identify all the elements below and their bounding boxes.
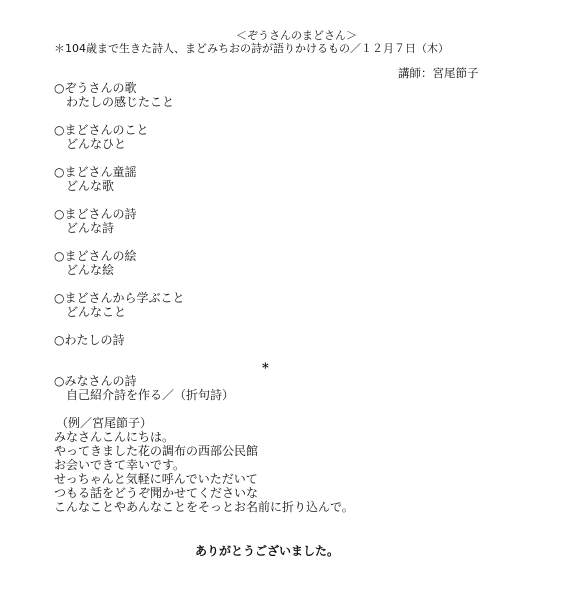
section-heading: ○まどさんの絵 (54, 249, 136, 264)
example-line: つもる話をどうぞ聞かせてくださいな (54, 486, 258, 501)
section-subitem: 自己紹介詩を作る／（折句詩） (66, 388, 234, 403)
section-subitem: どんな詩 (66, 221, 114, 236)
separator-asterisk: * (262, 361, 269, 376)
section-heading: ○まどさんのこと (54, 123, 148, 138)
lecturer-name: 講師：宮尾節子 (398, 65, 479, 81)
section-heading: ○まどさん童謡 (54, 165, 136, 180)
example-line: お会いできて幸いです。 (54, 458, 185, 473)
example-label: （例／宮尾節子） (56, 416, 152, 431)
section-subitem: どんなこと (66, 305, 126, 320)
section-heading: ○まどさんから学ぶこと (54, 291, 184, 306)
section-subitem: どんな歌 (66, 179, 114, 194)
example-line: こんなことやあんなことをそっとお名前に折り込んで。 (54, 500, 354, 515)
closing-thanks: ありがとうございました。 (195, 542, 339, 559)
section-heading: ○わたしの詩 (54, 333, 124, 348)
section-heading: ○まどさんの詩 (54, 207, 136, 222)
section-subitem: どんなひと (66, 137, 126, 152)
section-subitem: わたしの感じたこと (66, 95, 174, 110)
section-subitem: どんな絵 (66, 263, 114, 278)
example-line: みなさんこんにちは。 (54, 430, 174, 445)
document-subtitle: ＊104歳まで生きた詩人、まどみちおの詩が語りかけるもの／１２月７日（木） (54, 40, 449, 56)
example-line: やってきました花の調布の西部公民館 (54, 444, 258, 459)
example-line: せっちゃんと気軽に呼んでいただいて (54, 472, 258, 487)
section-heading: ○みなさんの詩 (54, 374, 136, 389)
section-heading: ○ぞうさんの歌 (54, 81, 136, 96)
